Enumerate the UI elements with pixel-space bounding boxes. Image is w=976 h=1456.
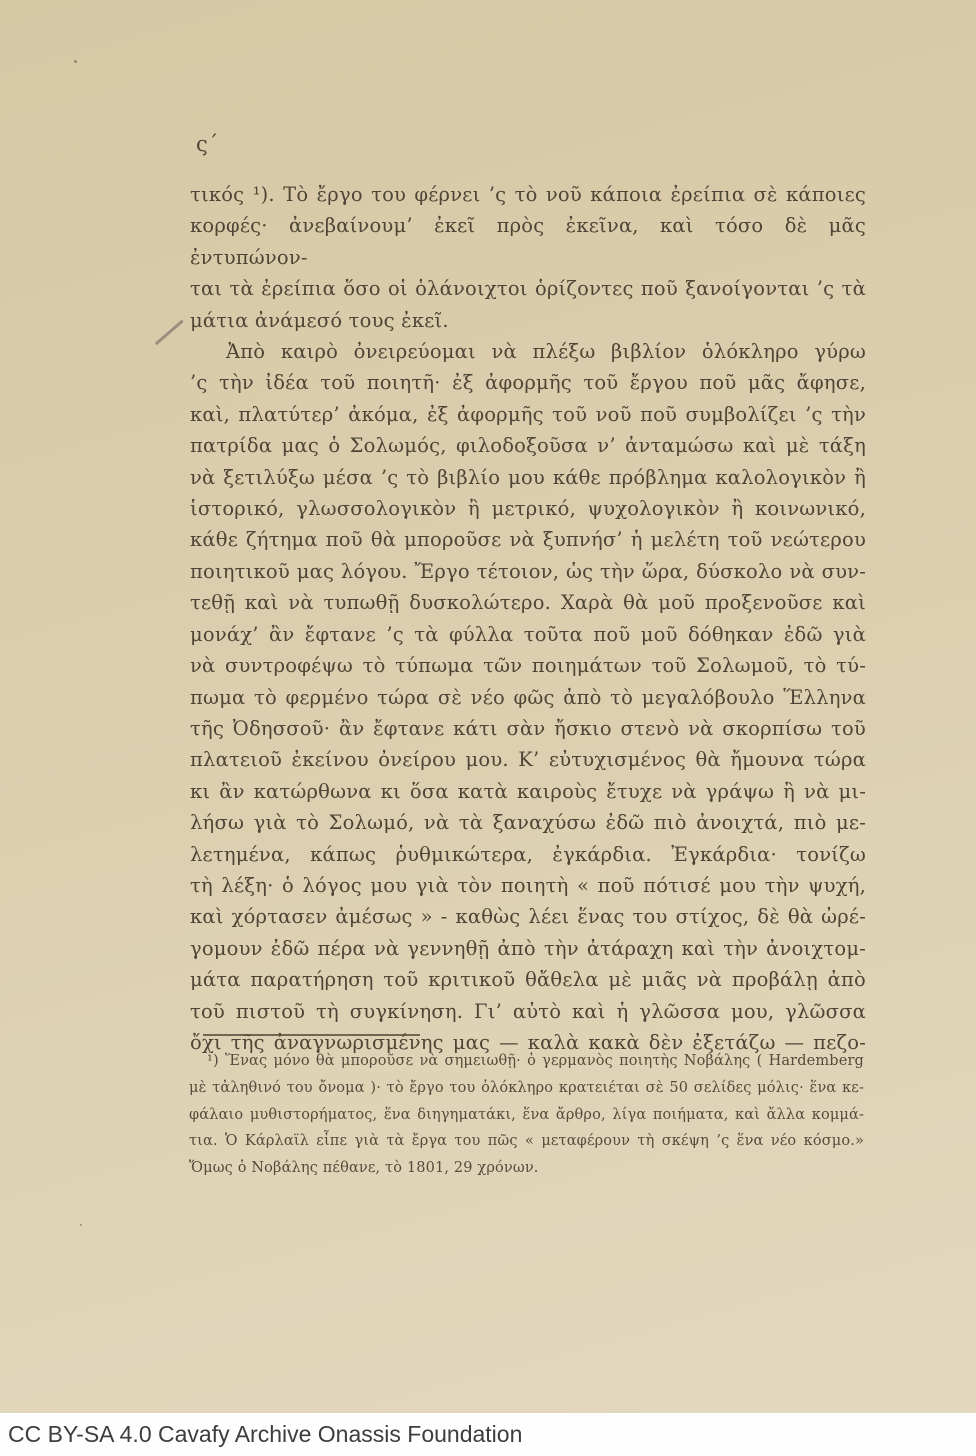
text-line: Ἀπὸ καιρὸ ὀνειρεύομαι νὰ πλέξω βιβλίον ὁ… [190,336,866,367]
text-line: τῆς Ὀδησσοῦ· ἂν ἔφτανε κάτι σὰν ἤσκιο στ… [190,713,866,744]
text-line: κορφές· ἀνεβαίνουμ’ ἐκεῖ πρὸς ἐκεῖνα, κα… [190,210,866,273]
paper-speck [80,1224,82,1226]
caption-bar: CC BY-SA 4.0 Cavafy Archive Onassis Foun… [0,1413,976,1456]
text-line: νὰ ξετιλύξω μέσα ’ς τὸ βιβλίο μου κάθε π… [190,462,866,493]
text-line: πλατειοῦ ἐκείνου ὀνείρου μου. Κ’ εὐτυχισ… [190,744,866,775]
footnote-separator [203,1034,420,1036]
text-line: κάθε ζήτημα ποῦ θὰ μποροῦσε νὰ ξυπνήσ’ ἡ… [190,524,866,555]
text-line: τικός ¹). Τὸ ἔργο του φέρνει ’ς τὸ νοῦ κ… [190,179,866,210]
text-line: ἱστορικό, γλωσσολογικὸν ἢ μετρικό, ψυχολ… [190,493,866,524]
footnote-line: ¹) Ἕνας μόνο θὰ μποροῦσε νὰ σημειωθῇ· ὁ … [189,1048,864,1075]
text-line: καὶ, πλατύτερ’ ἀκόμα, ἐξ ἀφορμῆς τοῦ νοῦ… [190,399,866,430]
text-line: τὴ λέξη· ὁ λόγος μου γιὰ τὸν ποιητὴ « πο… [190,870,866,901]
text-line: ποιητικοῦ μας λόγου. Ἔργο τέτοιον, ὡς τὴ… [190,556,866,587]
text-line: τοῦ πιστοῦ τὴ συγκίνηση. Γι’ αὐτὸ καὶ ἡ … [190,996,866,1027]
body-text-block: τικός ¹). Τὸ ἔργο του φέρνει ’ς τὸ νοῦ κ… [190,179,866,1058]
license-caption: CC BY-SA 4.0 Cavafy Archive Onassis Foun… [0,1421,522,1448]
text-line: μάτα παρατήρηση τοῦ κριτικοῦ θἄθελα μὲ μ… [190,964,866,995]
text-line: ’ς τὴν ἰδέα τοῦ ποιητῆ· ἐξ ἀφορμῆς τοῦ ἔ… [190,367,866,398]
paper-speck [74,60,77,63]
text-line: καὶ χόρτασεν ἀμέσως » - καθὼς λέει ἕνας … [190,901,866,932]
footnote-line: μὲ τἀληθινό του ὄνομα )· τὸ ἔργο του ὁλό… [189,1075,864,1102]
footnote-line: τια. Ὁ Κάρλαϊλ εἶπε γιὰ τὰ ἔργα του πῶς … [189,1128,864,1155]
text-line: ται τὰ ἐρείπια ὅσο οἱ ὁλάνοιχτοι ὁρίζοντ… [190,273,866,304]
footnote-line: φάλαιο μυθιστορήματος, ἕνα διηγηματάκι, … [189,1102,864,1129]
footnote-block: ¹) Ἕνας μόνο θὰ μποροῦσε νὰ σημειωθῇ· ὁ … [189,1048,864,1182]
text-line: μάτια ἀνάμεσό τους ἐκεῖ. [190,305,866,336]
text-line: πωμα τὸ φερμένο τώρα σὲ νέο φῶς ἀπὸ τὸ μ… [190,682,866,713]
text-line: τεθῇ καὶ νὰ τυπωθῇ δυσκολώτερο. Χαρὰ θὰ … [190,587,866,618]
text-line: μονάχ’ ἂν ἔφτανε ’ς τὰ φύλλα τοῦτα ποῦ μ… [190,619,866,650]
text-line: νὰ συντροφέψω τὸ τύπωμα τῶν ποιημάτων το… [190,650,866,681]
text-line: κι ἂν κατώρθωνα κι ὅσα κατὰ καιροὺς ἔτυχ… [190,776,866,807]
text-line: λήσω γιὰ τὸ Σολωμό, νὰ τὰ ξαναχύσω ἐδῶ π… [190,807,866,838]
text-line: πατρίδα μας ὁ Σολωμός, φιλοδοξοῦσα ν’ ἀν… [190,430,866,461]
text-line: λετημένα, κάπως ῥυθμικώτερα, ἐγκάρδια. Ἐ… [190,839,866,870]
page-number: ς´ [196,132,218,156]
footnote-line: Ὅμως ὁ Νοβάλης πέθανε, τὸ 1801, 29 χρόνω… [189,1155,864,1182]
margin-pencil-mark [155,319,184,345]
text-line: γομουν ἐδῶ πέρα νὰ γεννηθῇ ἀπὸ τὴν ἀτάρα… [190,933,866,964]
scanned-page: ς´ τικός ¹). Τὸ ἔργο του φέρνει ’ς τὸ νο… [0,0,976,1456]
